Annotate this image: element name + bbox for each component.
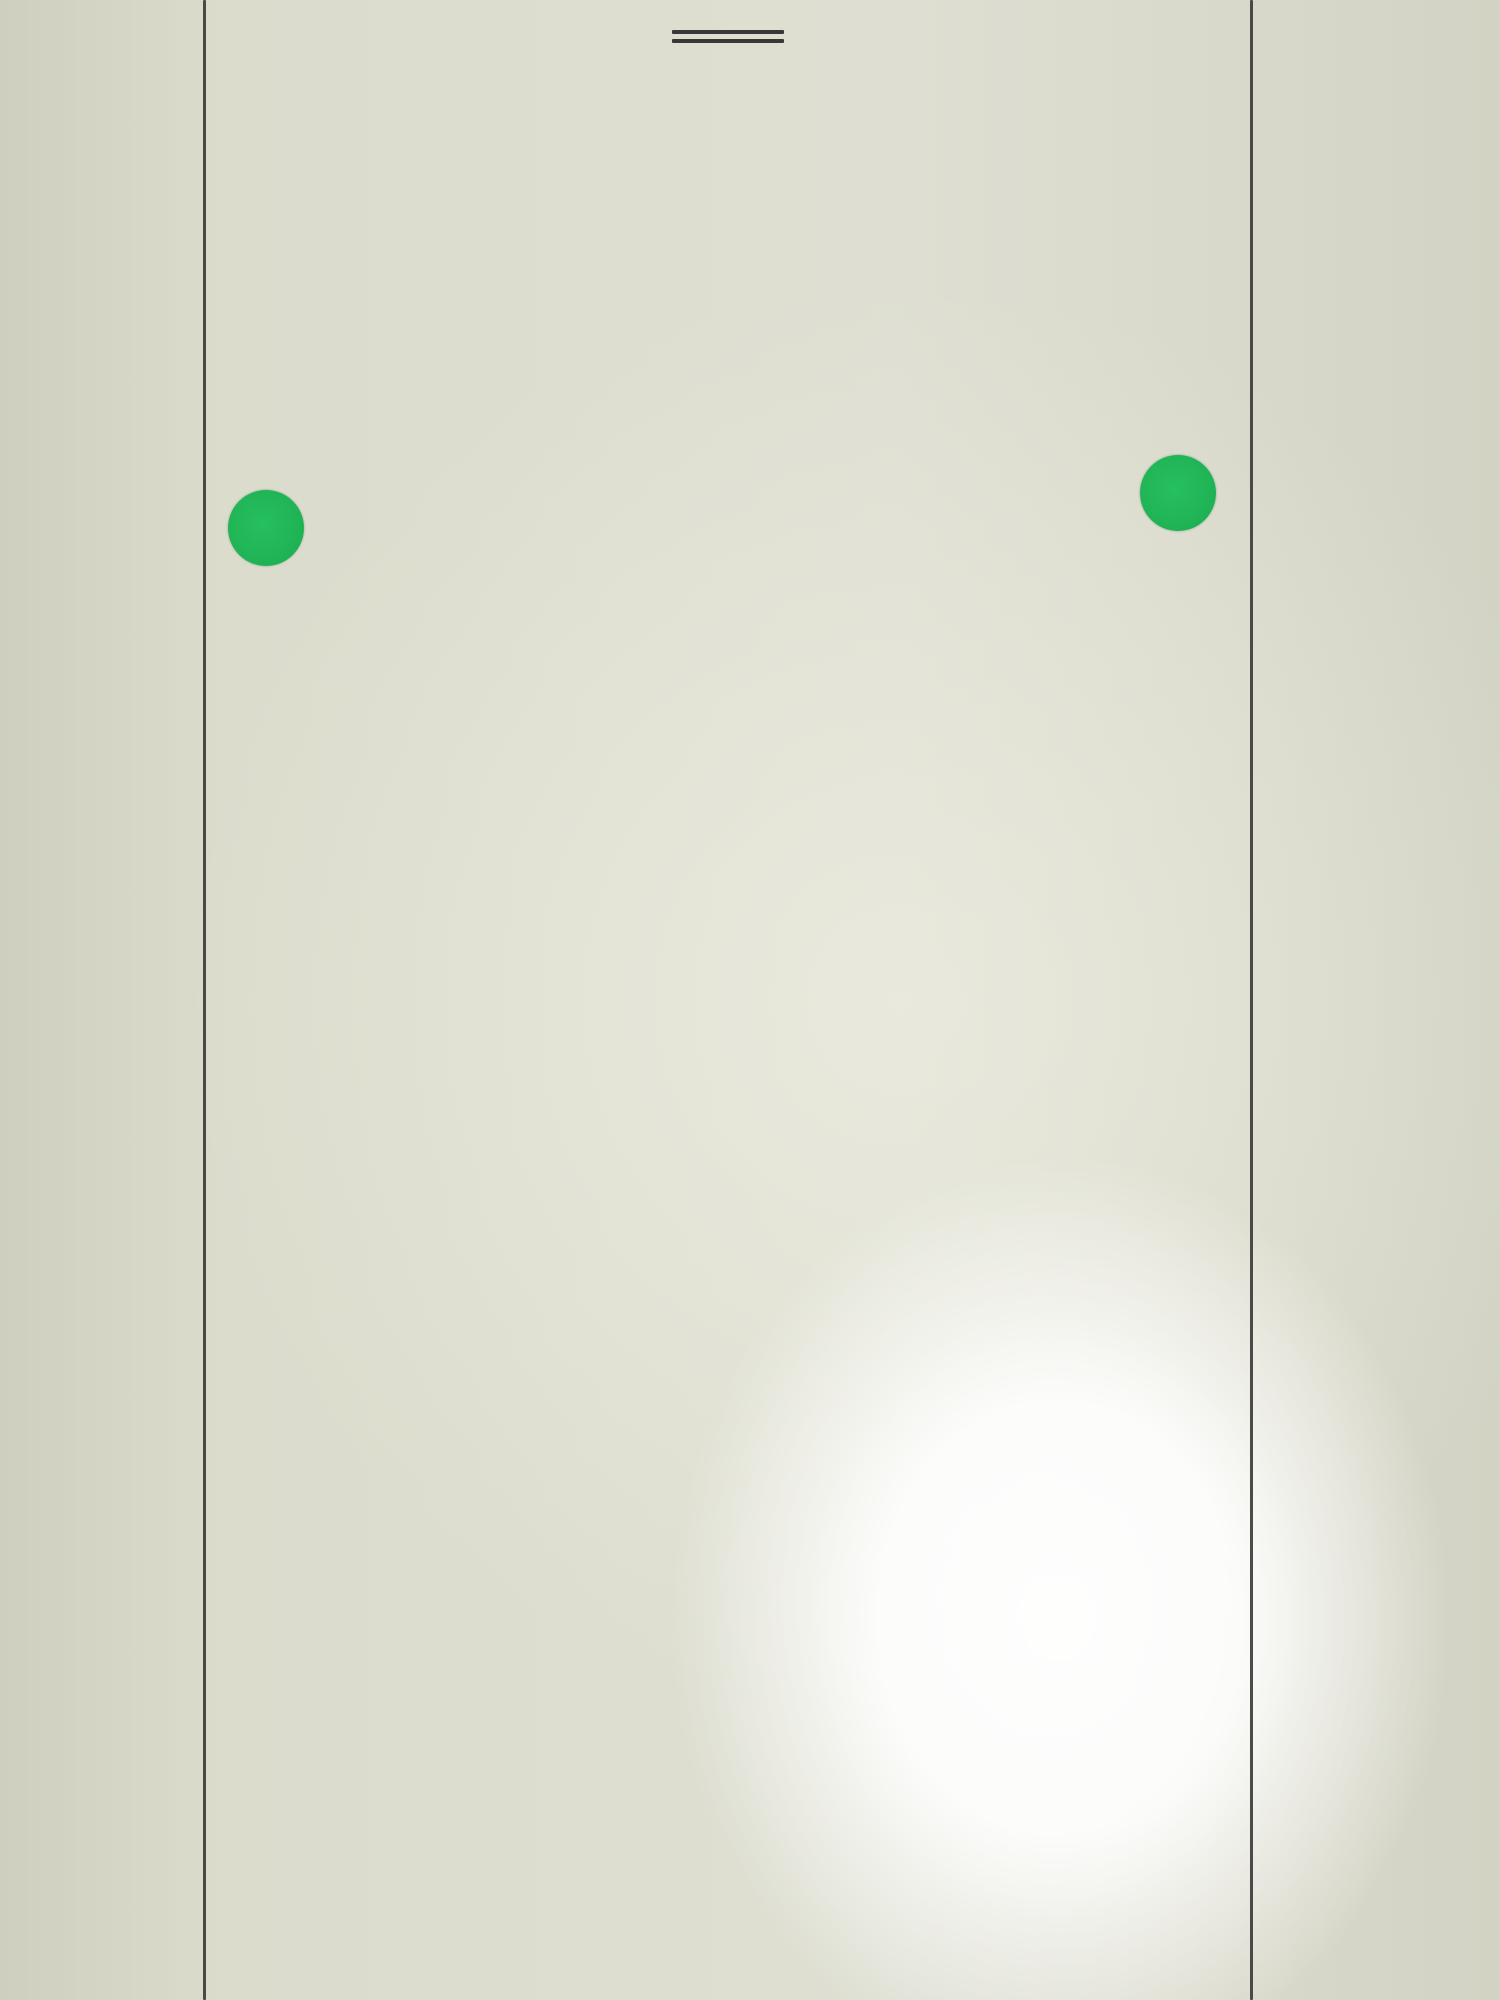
newspaper-page [0,0,1500,2000]
green-marker-dot-right [1140,455,1216,531]
double-rule-divider [672,30,784,43]
green-marker-dot-left [228,490,304,566]
column-rule-right [1250,0,1253,2000]
column-rule-left [203,0,206,2000]
center-column [215,0,1240,75]
